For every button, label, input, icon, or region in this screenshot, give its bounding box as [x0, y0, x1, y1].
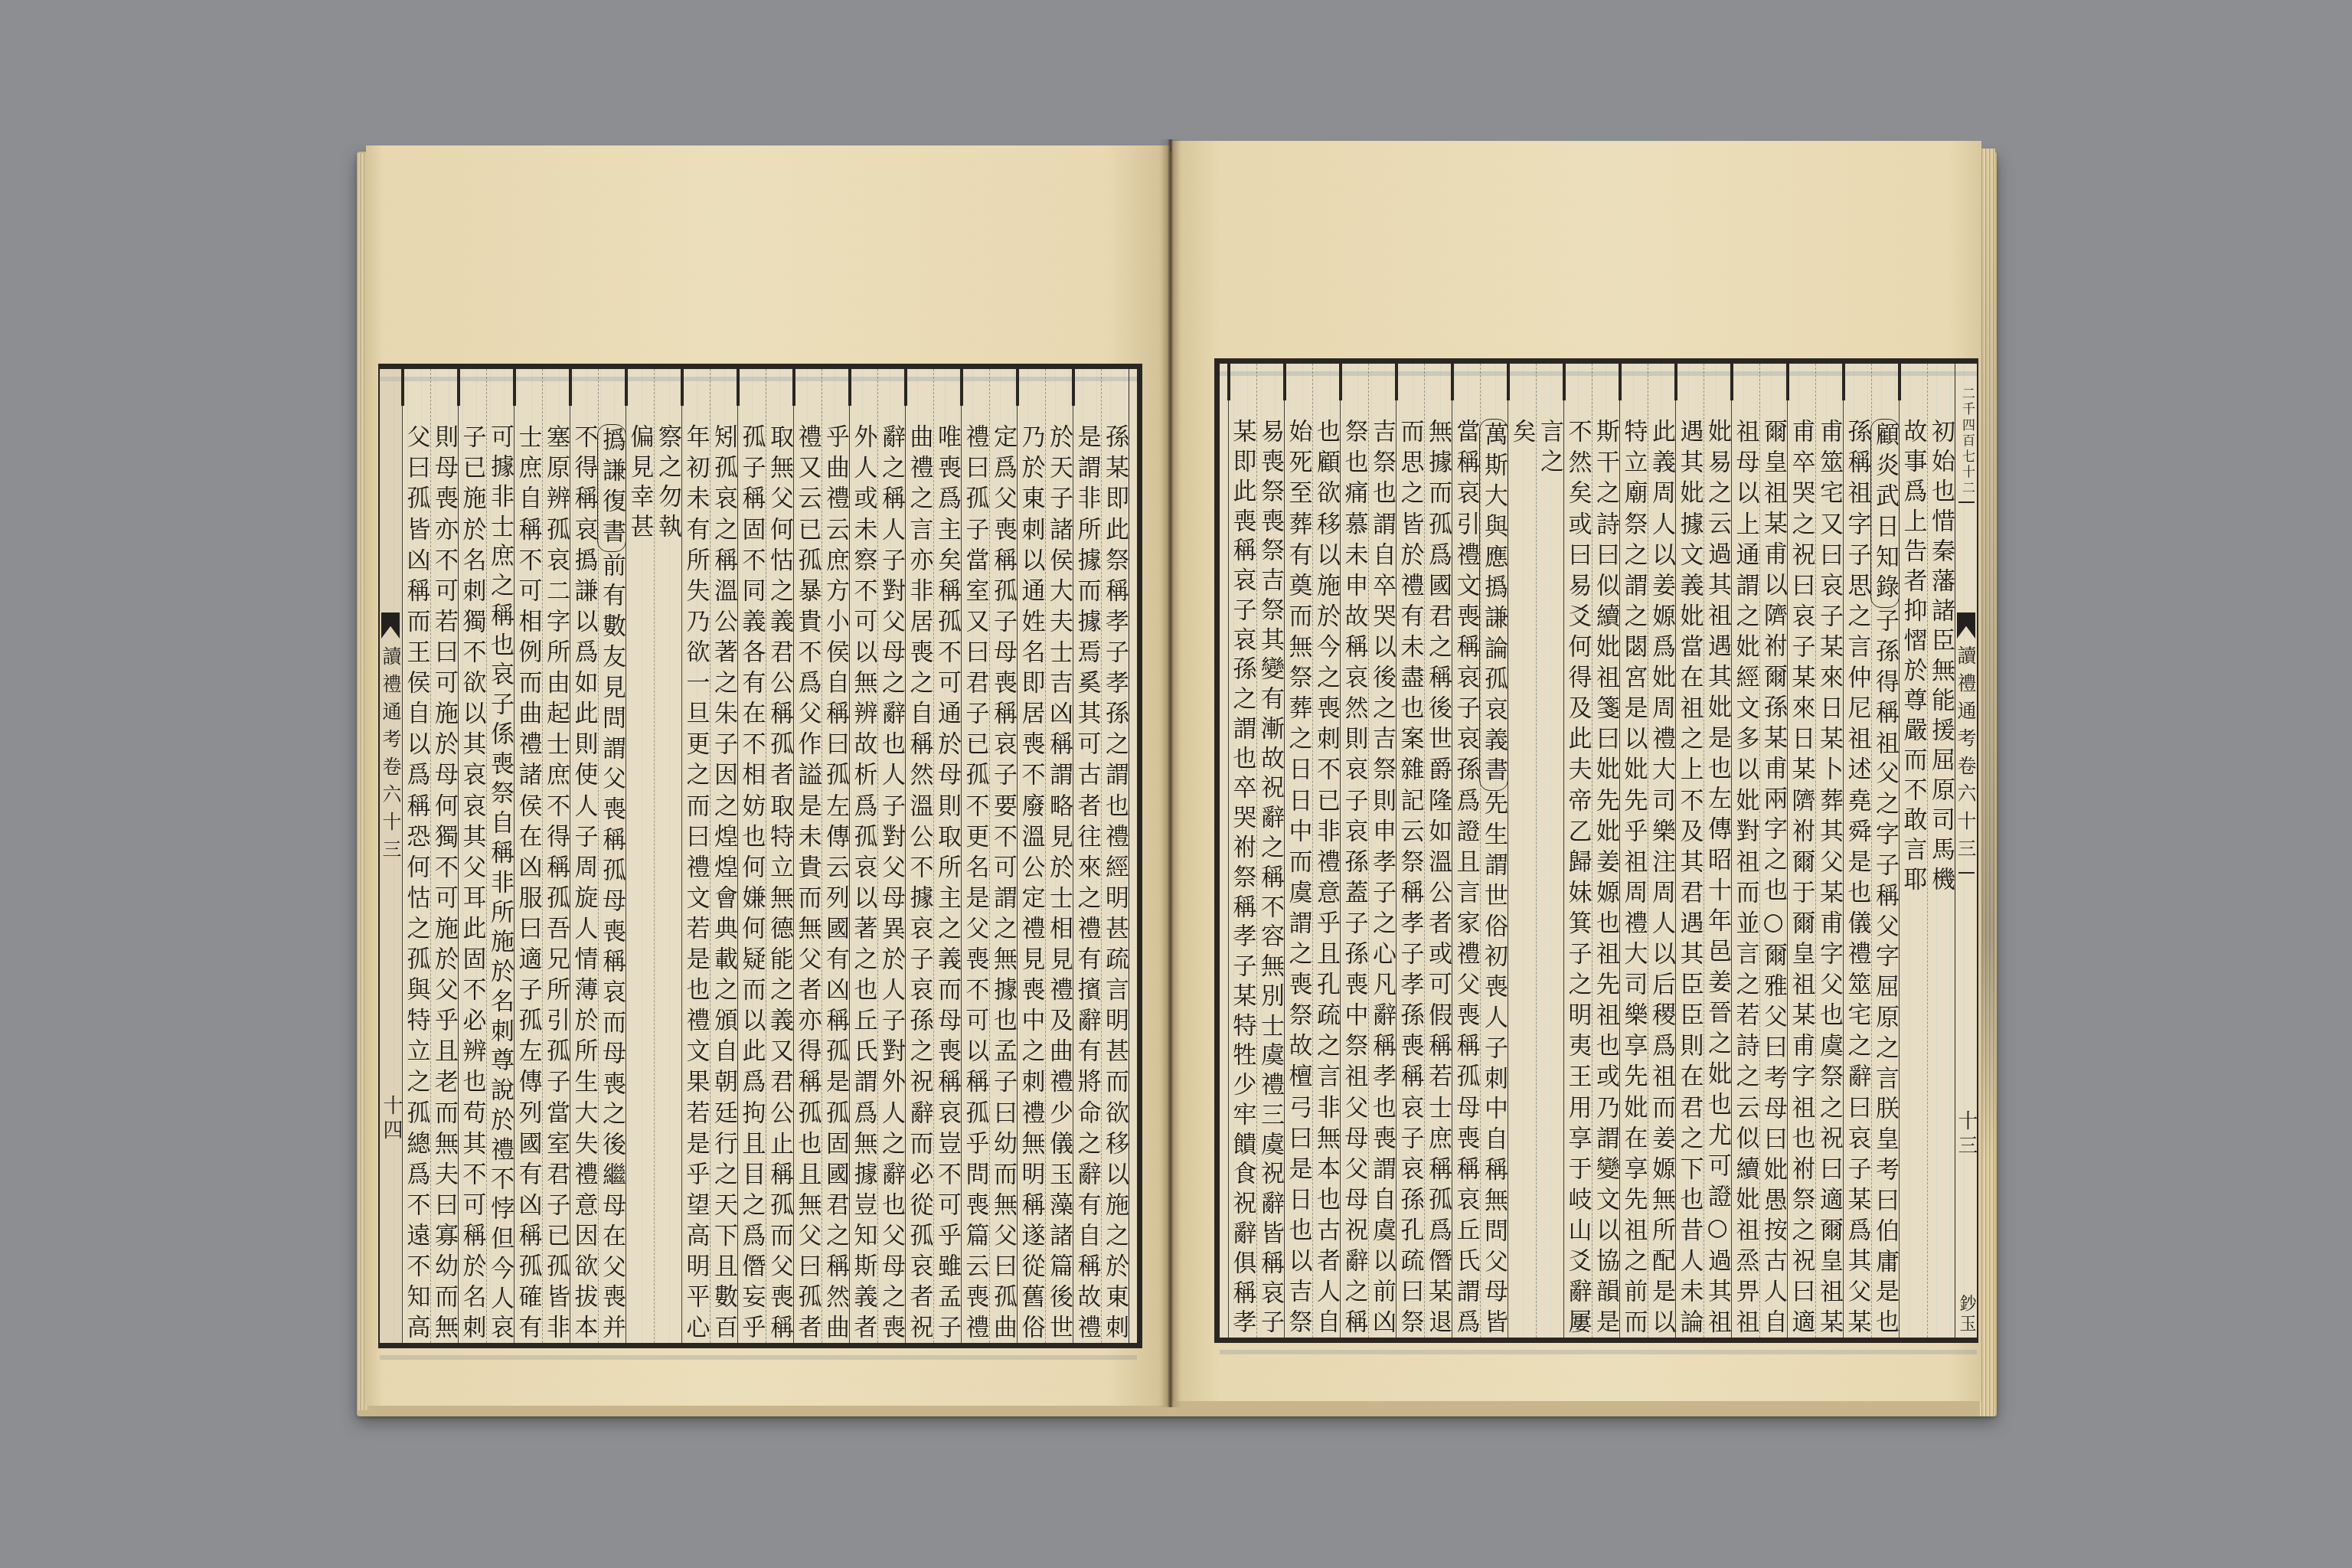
text-column: 祭也痛慕未申故稱哀然則哀子哀孫蓋子孫喪中祭祖父母父母祝辭之稱	[1340, 364, 1368, 1338]
text-column: 而思之皆於禮有未盡也案雜記云祭稱孝子孝孫喪稱哀子哀孫孔疏曰祭	[1396, 364, 1424, 1338]
text-column: 某即此喪稱哀子哀孫之謂也卒哭祔祭稱孝子某特牲少牢饋食祝辭俱稱孝	[1228, 364, 1256, 1338]
text-column: 特立廟祭之謂之閟宮是以妣先乎祖周禮大司樂享先妣在享先祖之前而	[1619, 364, 1648, 1338]
source-name-box: 萬斯大與應撝謙論孤哀義書	[1479, 419, 1508, 791]
text-column: 父曰孤皆凶稱而王侯自以爲稱恐何怙之孤與特立之孤總爲不遠不知高	[402, 369, 430, 1343]
text-column: 始死至葬有奠而無祭葬之日日中而虞謂之喪祭故檀弓曰是日也以吉祭	[1284, 364, 1312, 1338]
text-column: 妣易之云過其祖遇其妣是也左傳昭十年邑姜晉之妣也尤可證○過其祖	[1704, 364, 1732, 1338]
center-gutter	[1159, 139, 1182, 1407]
text-column: 吉祭也謂自卒哭以後之吉祭則申孝子之心凡辭稱孝也喪謂自虞以前凶	[1368, 364, 1396, 1338]
text-column: 此義周人以姜嫄爲妣周禮大司樂注周人以后稷爲祖而姜嫄無所配是以	[1648, 364, 1676, 1338]
block-heart-left: 讀禮通考卷六十三 十四	[380, 369, 402, 1343]
running-title: 讀禮通考卷六十三	[1956, 645, 1977, 866]
cumulative-page-count: 二千四百七十二	[1956, 387, 1977, 497]
text-column: 則母喪亦不可若曰可施於母何獨不可施於父乎且老而無夫曰寡幼而無	[430, 369, 459, 1343]
right-page-text-columns: 初始也惜秦藩諸臣無能援屈原司馬機 故事爲上告者抑慴於尊嚴而不敢言耶 顧炎武日知錄…	[1228, 364, 1955, 1338]
text-column: 不得稱哀撝謙以爲如此則使人子周旋人情薄於所生大失禮意因欲拔本	[570, 369, 598, 1343]
text-column: 不然矣或曰易爻何得及此夫帝乙歸妹箕子之明夷王用享于岐山爻辭屢	[1563, 364, 1592, 1338]
text-column: 取無父何怙之義君公稱孤者取特立無德能之義又君公止稱孤而父喪稱	[766, 369, 794, 1343]
text-column: 唯喪爲主矣稱孤不可通於母則取所主之義而母喪稱哀豈不可乎雖孟子	[933, 369, 962, 1343]
text-column: 初始也惜秦藩諸臣無能援屈原司馬機	[1927, 364, 1955, 1338]
folio-number: 十四	[380, 1095, 402, 1144]
text-column: 年初未有所失乃欲一旦更之而曰禮文若是也禮文果若是乎望高明平心	[681, 369, 710, 1343]
text-column: 禮曰孤子當室又曰君子已孤不更名是父喪不可以稱孤乎問喪篇云喪禮	[961, 369, 989, 1343]
text-column: 定爲父喪稱孤子母喪稱哀子要不可謂之無據也孟子曰幼而無父曰孤曲	[989, 369, 1018, 1343]
page-edge-stack-right	[1980, 149, 1995, 1416]
text-column: 甫筮宅又曰哀子某來日某卜葬其父某甫字父也虞祭之祝曰適爾皇祖某	[1815, 364, 1844, 1338]
text-column: 當稱哀引禮文喪稱哀子哀孫爲證且言家禮父喪稱孤母喪稱哀丘氏謂爲	[1452, 364, 1480, 1338]
text-column: 乎曲禮云庶方小侯自稱曰孤左傳云列國有凶稱孤是孤固國君之稱然曲	[822, 369, 850, 1343]
source-name-box: 顧炎武日知錄	[1870, 419, 1900, 608]
column-text: 子孫得稱祖父之字子稱父字屈原之言朕皇考曰伯庸是也	[1871, 608, 1899, 1333]
text-column: 爾皇祖某甫以隮祔爾孫某甫兩字之也○爾雅父曰考母曰妣愚按古人自	[1759, 364, 1788, 1338]
right-page-printed-frame: 初始也惜秦藩諸臣無能援屈原司馬機 故事爲上告者抑慴於尊嚴而不敢言耶 顧炎武日知錄…	[1214, 358, 1978, 1343]
text-column: 乃於東刺以通姓名即居喪不廢溫公定禮見喪中之刺禮無明稱遂從舊俗	[1017, 369, 1045, 1343]
text-column: 塞原辨孤哀二字所由起士庶不得稱孤吾兄所引孤子當室君子已孤皆非	[542, 369, 570, 1343]
fishtail-mark-icon	[381, 612, 400, 639]
running-title: 讀禮通考卷六十三	[380, 646, 402, 867]
text-column: 故事爲上告者抑慴於尊嚴而不敢言耶	[1899, 364, 1927, 1338]
folio-number: 十三	[1956, 1110, 1977, 1159]
text-column: 可據非士庶之稱也哀子係喪祭自稱非所施於名刺尊說於禮不悖但今人哀	[486, 369, 514, 1343]
text-column: 矣	[1508, 364, 1536, 1338]
left-page-printed-frame: 讀禮通考卷六十三 十四 孫某即此祭稱孝子孝孫之謂也禮經明甚疏言明甚而欲移以施之於…	[378, 364, 1142, 1348]
carver-mark: 鈔玉	[1956, 1295, 1977, 1334]
text-column: 曲禮之言亦非居喪之自稱然溫公不據哀子哀孫之祝辭而必從孤哀者祝	[905, 369, 933, 1343]
block-heart-right: 二千四百七十二 讀禮通考卷六十三 十三 鈔玉	[1956, 364, 1977, 1338]
text-column: 子已施於名刺獨不欲以其哀哀其父耳此固不必辨也苟其不可稱於名刺	[458, 369, 486, 1343]
block-heart-rule	[1958, 872, 1975, 874]
text-column: 斯干之詩曰似續妣祖箋曰妣先妣姜嫄也祖先祖也或乃謂變文以協韻是	[1592, 364, 1620, 1338]
text-column: 辭之稱人子對父母之辭也人子對父母異於人子對外人之辭也父母之喪	[877, 369, 906, 1343]
text-column: 於天子諸侯大夫士吉凶稱謂略見於士相見禮及曲禮少儀玉藻諸篇後世	[1045, 369, 1073, 1343]
column-text: 先生謂世俗初喪人子刺中自稱無問父母皆	[1480, 791, 1508, 1333]
text-column: 禮又云已孤暴貴不爲父作謚是未貴而無父者亦得稱孤也且無父曰孤者	[793, 369, 822, 1343]
text-column: 外人或未察不可以無辨故析爲孤哀以著之也丘氏謂爲無據豈知斯義者	[849, 369, 877, 1343]
text-column: 也顧欲移以施於今之喪刺不已非禮意乎且孔疏之言非無本也古者人自	[1312, 364, 1341, 1338]
text-column: 偏見幸甚	[626, 369, 654, 1343]
text-column: 甫卒哭之祝曰哀子某來日某隮祔爾于爾皇祖某甫字祖也祔祭之祝曰適	[1787, 364, 1815, 1338]
fishtail-mark-icon	[1957, 612, 1975, 639]
text-column: 撝謙復書前有數友見問謂父喪稱孤母喪稱哀而母喪之後繼母在父喪并	[598, 369, 626, 1343]
left-page-text-columns: 孫某即此祭稱孝子孝孫之謂也禮經明甚疏言明甚而欲移以施之於東刺 是謂非所據而據焉奚…	[402, 369, 1129, 1343]
text-column: 言之	[1536, 364, 1564, 1338]
text-column: 易喪祭喪祭吉祭其變有漸故祝辭之稱不容無別士虞禮三虞祝辭皆稱哀子	[1256, 364, 1285, 1338]
block-heart-rule	[1958, 501, 1975, 503]
source-name-box: 撝謙復書	[597, 424, 626, 552]
text-column: 士庶自稱不可相例而曲禮諸侯在凶服曰適子孤左傳列國有凶稱孤確有	[514, 369, 542, 1343]
text-column: 無據而孤爲國君之稱後世爵隆如溫公者或可假稱若士庶稱孤爲僭某退	[1424, 364, 1452, 1338]
text-column: 察之勿執	[654, 369, 682, 1343]
text-column: 孫某即此祭稱孝子孝孫之謂也禮經明甚疏言明甚而欲移以施之於東刺	[1101, 369, 1129, 1343]
text-column: 孤子稱固不同義各有在不相妨也何嫌何疑而以此爲拘且目之爲僭妄乎	[737, 369, 766, 1343]
text-column: 顧炎武日知錄子孫得稱祖父之字子稱父字屈原之言朕皇考曰伯庸是也	[1871, 364, 1900, 1338]
text-column: 矧孤哀之稱溫公著之朱子因之煌煌會典載之頒自朝廷行之天下且數百	[710, 369, 738, 1343]
text-column: 祖母以上通謂之妣經文多以妣對祖而並言之若詩之云似續妣祖烝畀祖	[1731, 364, 1759, 1338]
text-column: 是謂非所據而據焉奚其可古者往來之禮有擯辭有將命之辭有自稱故禮	[1073, 369, 1101, 1343]
text-column: 遇其妣據文義妣當在祖之上不及其君遇其臣臣則在君之下也昔人未論	[1675, 364, 1704, 1338]
text-column: 萬斯大與應撝謙論孤哀義書先生謂世俗初喪人子刺中自稱無問父母皆	[1480, 364, 1508, 1338]
text-column: 孫稱祖字子思之言仲尼祖述堯舜是也儀禮筮宅之辭曰哀子某爲其父某	[1843, 364, 1871, 1338]
column-text: 前有數友見問謂父喪稱孤母喪稱哀而母喪之後繼母在父喪并	[598, 552, 626, 1338]
